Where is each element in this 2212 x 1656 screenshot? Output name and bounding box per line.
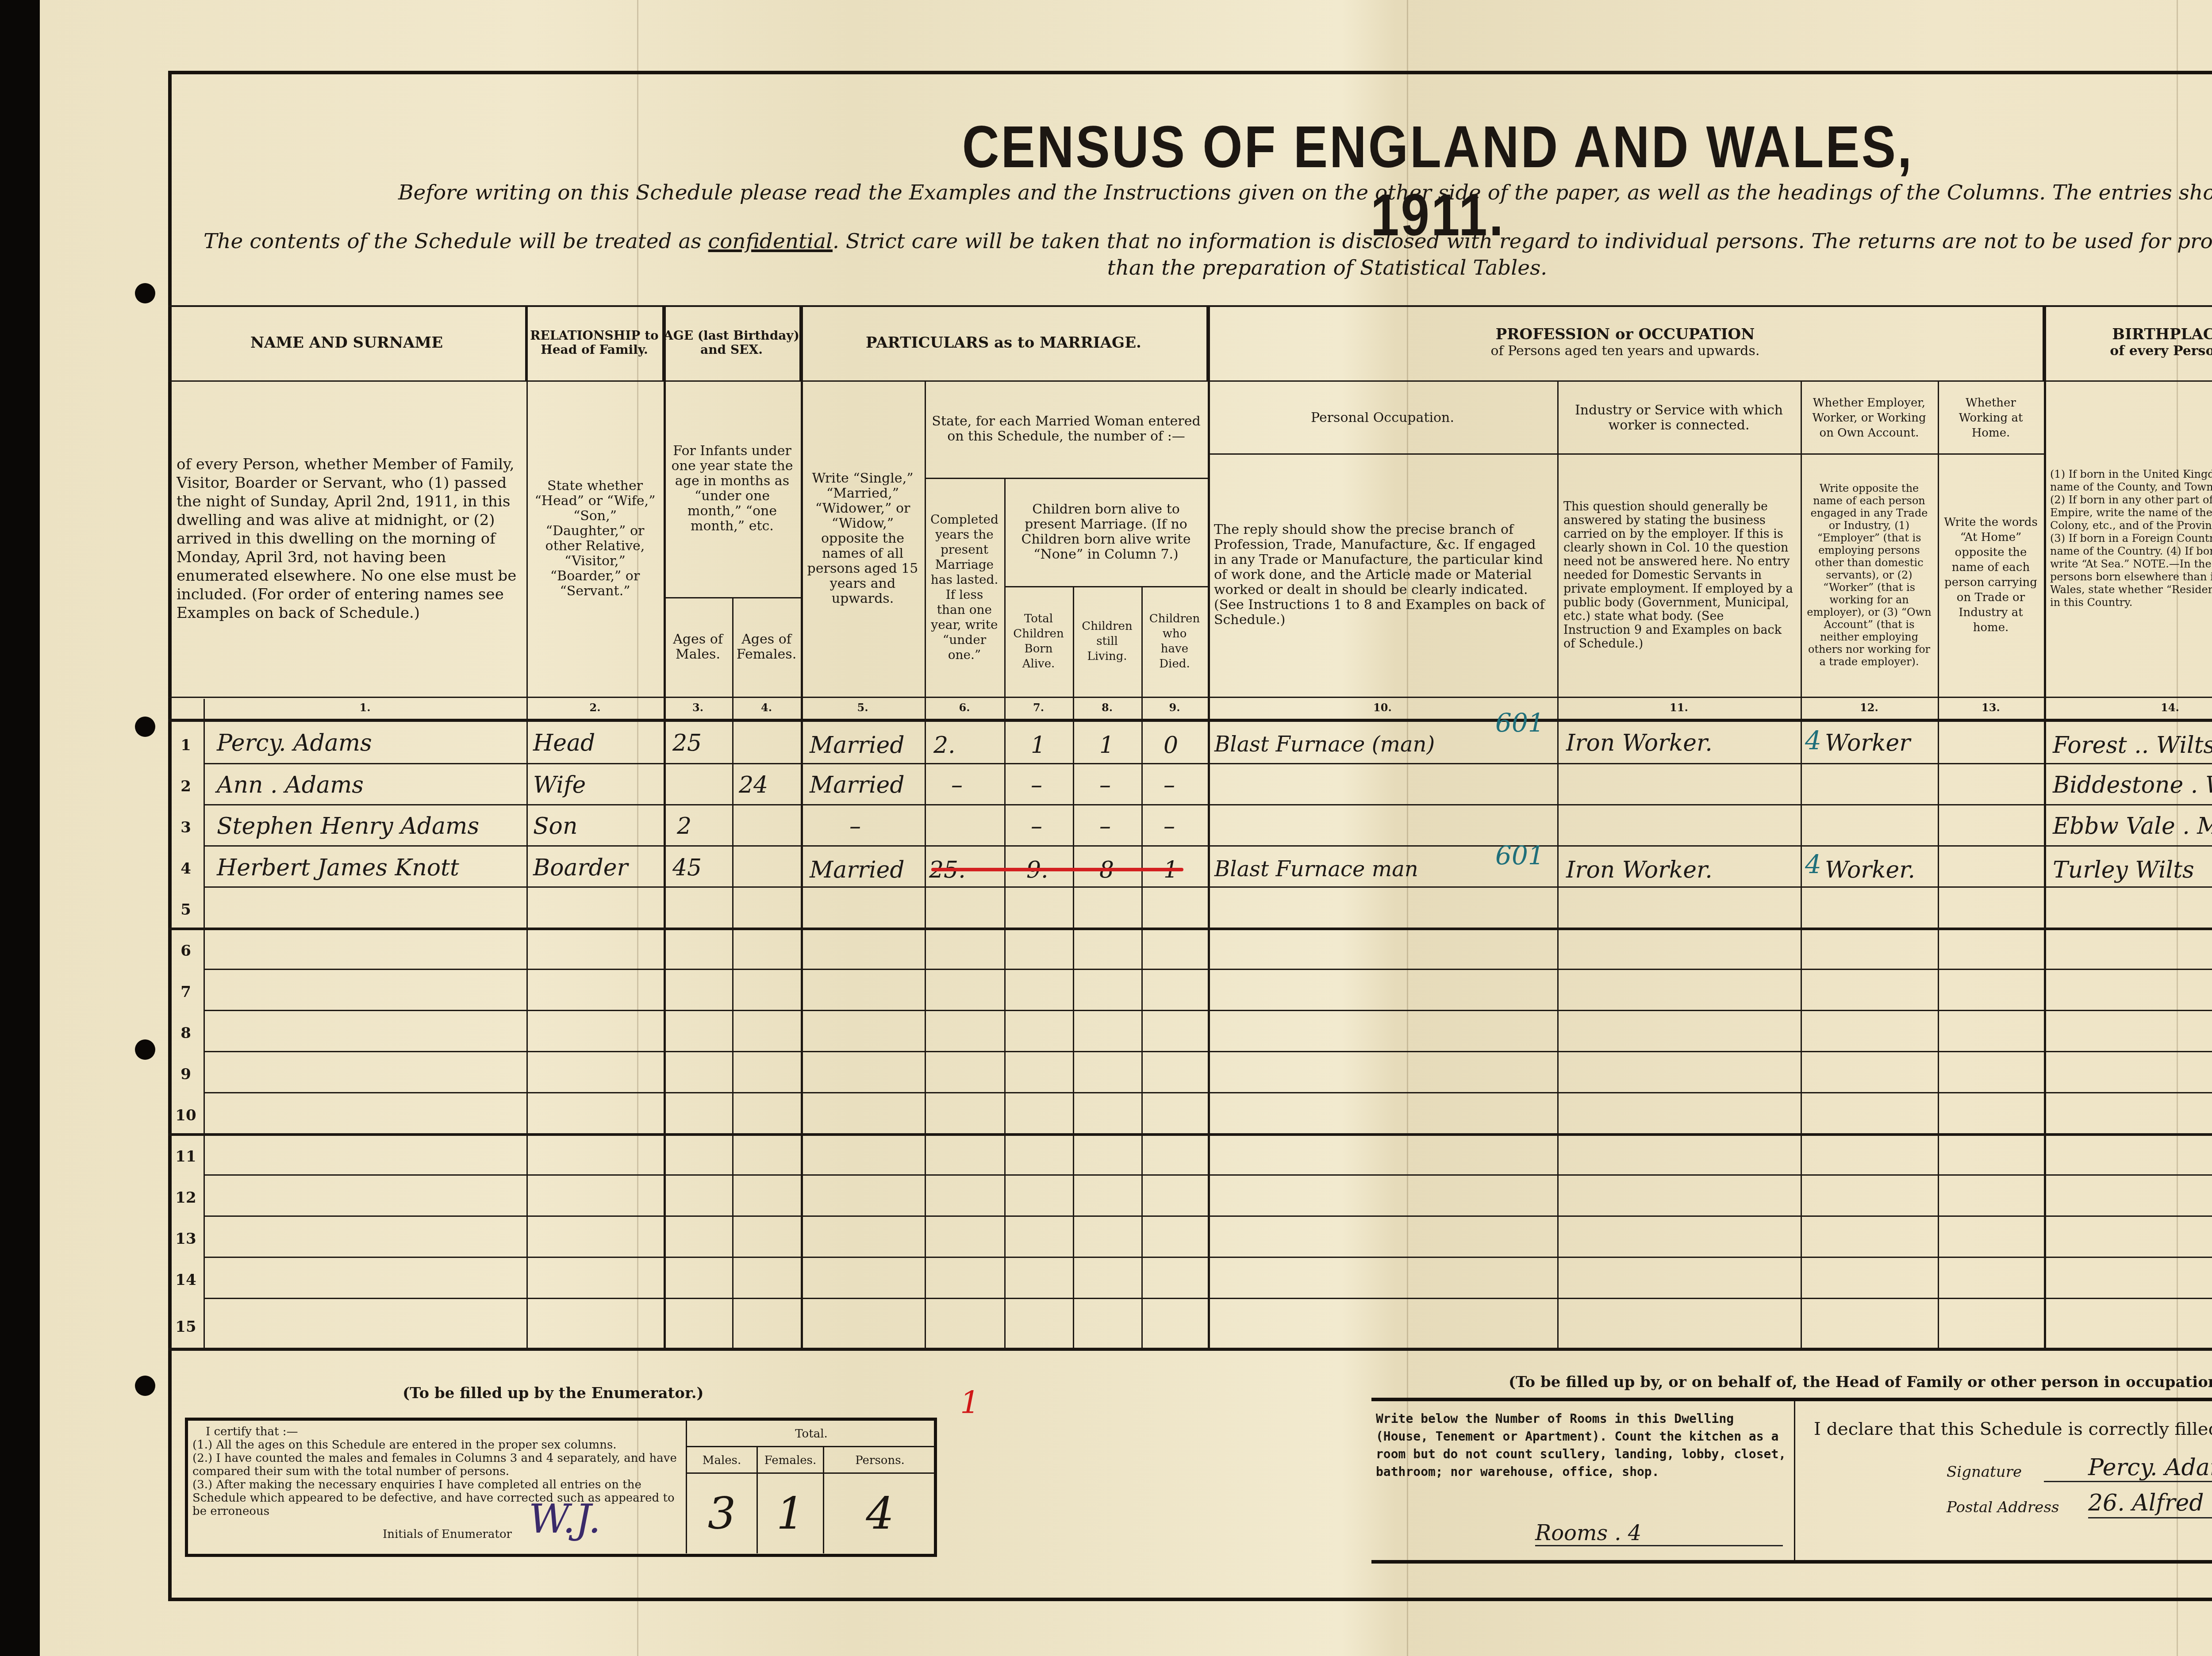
- description-at-home: Write the words “At Home” opposite the n…: [1938, 456, 2044, 694]
- cell-name: Percy. Adams: [217, 730, 372, 756]
- declaration-text: I declare that this Schedule is correctl…: [1814, 1419, 2212, 1439]
- cell-died: –: [1164, 813, 1175, 839]
- row-rule: [204, 763, 2212, 764]
- header-name: NAME AND SURNAME: [168, 305, 526, 380]
- cell-marital: –: [849, 813, 861, 839]
- cell-total-born: 1: [1031, 732, 1045, 759]
- header-age: AGE (last Birthday) and SEX.: [664, 305, 801, 380]
- address-value: 26. Alfred . St. Ebbw Vale. Mon: [2088, 1490, 2212, 1516]
- cell-name: Ann . Adams: [217, 772, 364, 798]
- cell-birthplace: Turley Wilts: [2053, 857, 2194, 883]
- address-label: Postal Address: [1947, 1499, 2059, 1516]
- confidentiality-line-end: than the preparation of Statistical Tabl…: [1018, 256, 1637, 280]
- description-years-married: Completed years the present Marriage has…: [925, 480, 1004, 694]
- cell-industry: Iron Worker.: [1566, 730, 1713, 756]
- header-occupation: PROFESSION or OCCUPATION of Persons aged…: [1208, 305, 2044, 380]
- description-died: Children who have Died.: [1141, 588, 1208, 694]
- cell-employer-code: 4: [1805, 725, 1821, 755]
- column-rule: [1557, 380, 1559, 1349]
- cell-age-male: 45: [672, 855, 702, 881]
- row-rule: [204, 1051, 2212, 1052]
- punch-hole: [135, 1039, 155, 1060]
- row-rule: [204, 1215, 2212, 1217]
- cell-died: –: [1164, 772, 1175, 798]
- punch-hole: [135, 283, 155, 303]
- cell-occupation: Blast Furnace (man): [1214, 732, 1435, 757]
- females-label: Females.: [757, 1447, 823, 1474]
- cell-age-male: 25: [672, 730, 702, 756]
- description-name: of every Person, whether Member of Famil…: [170, 383, 524, 694]
- persons-label: Persons.: [823, 1447, 936, 1474]
- rooms-instruction: Write below the Number of Rooms in this …: [1371, 1410, 1792, 1481]
- total-label: Total.: [686, 1421, 936, 1447]
- row-number: 8: [170, 1024, 201, 1042]
- column-number: 5.: [801, 701, 925, 714]
- persons-total: 4: [823, 1474, 936, 1553]
- cell-name: Stephen Henry Adams: [217, 813, 479, 839]
- column-number: 11.: [1557, 701, 1801, 714]
- cell-years-married: –: [951, 772, 963, 798]
- header-bottom-rule: [168, 697, 2212, 698]
- description-relationship: State whether “Head” or “Wife,” “Son,” “…: [526, 383, 664, 694]
- column-number-rule: [168, 719, 2212, 722]
- rooms-value: Rooms . 4: [1535, 1521, 1641, 1545]
- confidentiality-line: The contents of the Schedule will be tre…: [204, 229, 2212, 253]
- females-total: 1: [757, 1474, 823, 1553]
- cell-employer-code: 4: [1805, 849, 1821, 879]
- signature-value: Percy. Adams: [2088, 1454, 2212, 1481]
- column-rule: [1208, 305, 1210, 1349]
- signature-label: Signature: [1947, 1463, 2022, 1481]
- header-relationship: RELATIONSHIP to Head of Family.: [526, 305, 664, 380]
- red-strikethrough: [931, 868, 1183, 871]
- row-rule: [204, 1092, 2212, 1093]
- row-number: 12: [170, 1189, 201, 1207]
- cell-industry: Iron Worker.: [1566, 857, 1713, 883]
- column-number: 6.: [925, 701, 1004, 714]
- row-number: 2: [170, 778, 201, 795]
- column-number: 13.: [1938, 701, 2044, 714]
- description-employer: Write opposite the name of each person e…: [1801, 456, 1938, 694]
- row-number: 9: [170, 1066, 201, 1083]
- description-marital: Write “Single,” “Married,” “Widower,” or…: [801, 383, 925, 694]
- column-number: 2.: [526, 701, 664, 714]
- column-number: 3.: [664, 701, 732, 714]
- header-rule: [168, 380, 2212, 382]
- cell-total-born: –: [1031, 813, 1042, 839]
- column-rule: [1141, 586, 1143, 1349]
- row-number: 5: [170, 901, 201, 919]
- subheader-personal-occupation: Personal Occupation.: [1208, 383, 1557, 453]
- rownum-rule: [204, 699, 205, 1349]
- row-number: 13: [170, 1230, 201, 1248]
- column-number: 12.: [1801, 701, 1938, 714]
- column-number: 4.: [732, 701, 801, 714]
- description-birthplace: (1) If born in the United Kingdom, write…: [2044, 383, 2212, 694]
- description-still-living: Children still Living.: [1073, 588, 1141, 694]
- row-number: 4: [170, 860, 201, 878]
- row-rule: [204, 1298, 2212, 1299]
- subheader-industry: Industry or Service with which worker is…: [1557, 383, 1801, 453]
- row-rule: [204, 804, 2212, 805]
- cell-relationship: Son: [533, 813, 577, 839]
- cell-birthplace: Ebbw Vale . Mon: [2053, 813, 2212, 839]
- column-rule: [925, 380, 926, 1349]
- enumerator-initials: W.J.: [529, 1496, 601, 1542]
- marriage-split-rule: [925, 478, 1208, 479]
- children-split-rule: [1004, 586, 1208, 587]
- cell-marital: Married: [810, 732, 905, 759]
- subheader-married-woman: State, for each Married Woman entered on…: [925, 383, 1208, 475]
- cell-birthplace: Biddestone . Wilts: [2053, 772, 2212, 798]
- cell-age-male: 2: [677, 813, 691, 839]
- confidential-emphasis: confidential: [708, 229, 833, 253]
- subheader-children-born: Children born alive to present Marriage.…: [1004, 480, 1208, 584]
- column-number: 8.: [1073, 701, 1141, 714]
- enumerator-heading: (To be filled up by the Enumerator.): [403, 1384, 704, 1402]
- cell-marital: Married: [810, 857, 905, 883]
- address-underline: [2088, 1517, 2212, 1518]
- description-industry: This question should generally be answer…: [1557, 456, 1801, 694]
- cell-years-married: 2.: [933, 732, 956, 759]
- cell-occupation: Blast Furnace man: [1214, 857, 1418, 882]
- signature-underline: [2044, 1481, 2212, 1482]
- instruction-line: Before writing on this Schedule please r…: [398, 180, 2212, 205]
- cell-name: Herbert James Knott: [217, 855, 459, 881]
- cell-total-born: –: [1031, 772, 1042, 798]
- column-rule: [1073, 586, 1074, 1349]
- household-declaration-box: Write below the Number of Rooms in this …: [1371, 1398, 2212, 1564]
- column-rule: [1004, 478, 1006, 1349]
- rooms-underline: [1535, 1545, 1783, 1546]
- row-rule: [204, 1257, 2212, 1258]
- row-rule-thick: [168, 928, 2212, 930]
- males-total: 3: [686, 1474, 757, 1553]
- row-rule: [204, 1174, 2212, 1176]
- row-number: 11: [170, 1148, 201, 1165]
- description-total-born: Total Children Born Alive.: [1004, 588, 1073, 694]
- column-rule: [526, 305, 528, 1349]
- red-check-mark: 1: [960, 1384, 980, 1421]
- cell-occupation-code: 601: [1495, 840, 1544, 870]
- header-birthplace: BIRTHPLACE of every Person.: [2044, 305, 2212, 380]
- header-marriage: PARTICULARS as to MARRIAGE.: [801, 305, 1208, 380]
- cell-died: 0: [1164, 732, 1178, 759]
- cell-still-living: –: [1099, 772, 1111, 798]
- row-rule-thick: [168, 1133, 2212, 1136]
- cell-relationship: Wife: [533, 772, 586, 798]
- column-number: 14.: [2044, 701, 2212, 714]
- column-number: 7.: [1004, 701, 1073, 714]
- row-number: 14: [170, 1271, 201, 1289]
- cell-relationship: Head: [533, 730, 595, 756]
- certificate-text: I certify that :— (1.) All the ages on t…: [192, 1425, 684, 1541]
- row-number: 7: [170, 983, 201, 1001]
- rooms-divider: [1794, 1401, 1795, 1560]
- description-infants: For Infants under one year state the age…: [664, 383, 801, 595]
- column-number: 9.: [1141, 701, 1208, 714]
- column-number: 1.: [204, 701, 526, 714]
- row-rule: [204, 845, 2212, 847]
- row-number: 15: [170, 1318, 201, 1336]
- row-number: 6: [170, 942, 201, 960]
- males-label: Males.: [686, 1447, 757, 1474]
- table-bottom-rule: [168, 1348, 2212, 1351]
- column-rule: [664, 305, 666, 1349]
- cell-employer: Worker.: [1825, 857, 1915, 883]
- cell-still-living: –: [1099, 813, 1111, 839]
- row-rule: [204, 886, 2212, 888]
- cell-occupation-code: 601: [1495, 708, 1544, 738]
- cell-relationship: Boarder: [533, 855, 628, 881]
- occupation-split-rule: [1208, 453, 2044, 455]
- row-number: 1: [170, 736, 201, 754]
- column-rule: [801, 305, 803, 1349]
- household-heading: (To be filled up by, or on behalf of, th…: [1509, 1373, 2212, 1391]
- row-number: 3: [170, 819, 201, 836]
- column-rule: [1801, 380, 1802, 1349]
- row-rule: [204, 969, 2212, 970]
- cell-birthplace: Forest .. Wilts: [2053, 732, 2212, 759]
- cell-still-living: 1: [1099, 732, 1114, 759]
- column-rule: [2044, 305, 2046, 1349]
- column-rule: [1938, 380, 1939, 1349]
- cell-age-female: 24: [739, 772, 768, 798]
- cell-employer: Worker: [1825, 730, 1910, 756]
- row-rule: [204, 1010, 2212, 1011]
- punch-hole: [135, 717, 155, 737]
- description-occupation: The reply should show the precise branch…: [1208, 456, 1557, 694]
- row-number: 10: [170, 1107, 201, 1124]
- subheader-employer: Whether Employer, Worker, or Working on …: [1801, 383, 1938, 453]
- description-ages-females: Ages of Females.: [732, 599, 801, 694]
- description-ages-males: Ages of Males.: [664, 599, 732, 694]
- cell-marital: Married: [810, 772, 905, 798]
- enumerator-certificate-box: I certify that :— (1.) All the ages on t…: [185, 1418, 937, 1557]
- punch-hole: [135, 1376, 155, 1396]
- subheader-at-home: Whether Working at Home.: [1938, 383, 2044, 453]
